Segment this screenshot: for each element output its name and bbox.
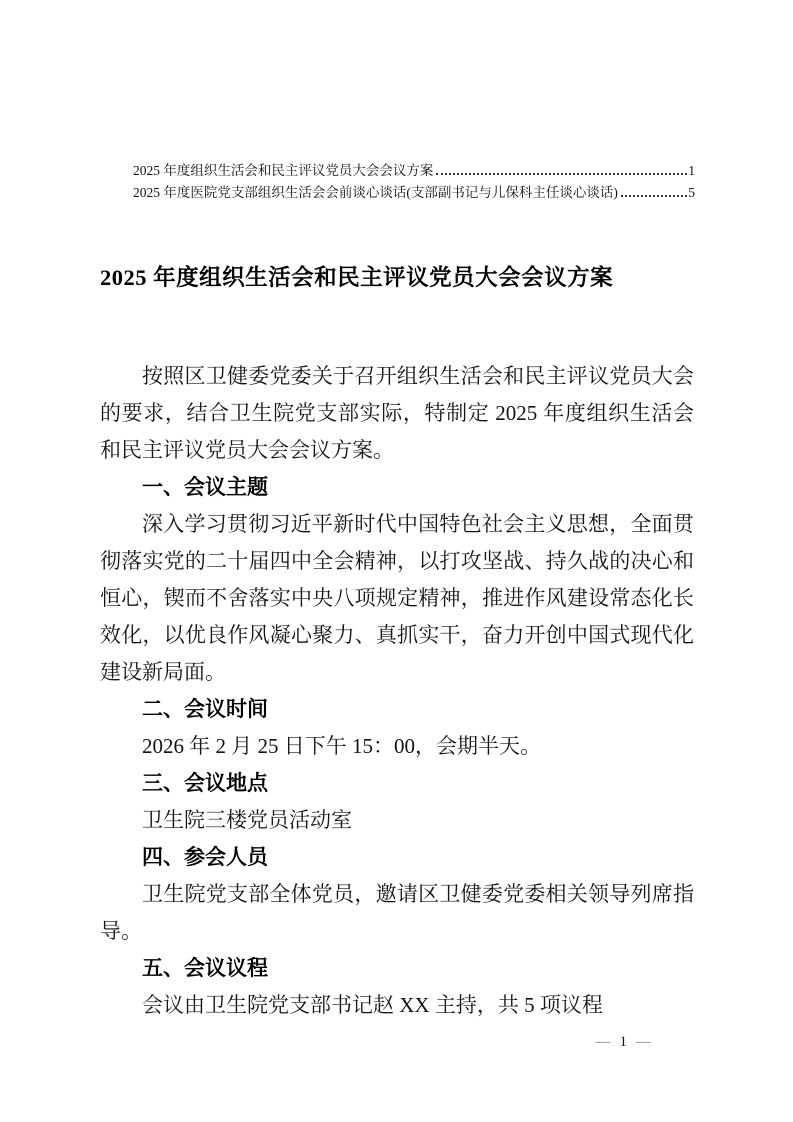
page-number: 1 [620, 1034, 628, 1050]
toc-dot-leader [436, 172, 687, 175]
toc-entry-page-number: 5 [688, 182, 695, 204]
section-heading: 四、参会人员 [100, 839, 694, 876]
section-heading: 三、会议地点 [100, 765, 694, 802]
section-heading: 五、会议议程 [100, 950, 694, 987]
document-title: 2025 年度组织生活会和民主评议党员大会会议方案 [100, 263, 695, 293]
toc-entry-page-number: 1 [688, 160, 695, 182]
toc-entry: 2025 年度医院党支部组织生活会会前谈心谈话(支部副书记与儿保科主任谈心谈话)… [133, 182, 695, 204]
body-paragraph: 深入学习贯彻习近平新时代中国特色社会主义思想，全面贯彻落实党的二十届四中全会精神… [100, 506, 694, 691]
toc-dot-leader [621, 194, 687, 197]
page-number-dash-left: — [587, 1034, 620, 1050]
document-page: 2025 年度组织生活会和民主评议党员大会会议方案12025 年度医院党支部组织… [0, 0, 793, 1122]
page-footer: —1— [587, 1031, 661, 1053]
section-heading: 一、会议主题 [100, 469, 694, 506]
body-paragraph: 卫生院三楼党员活动室 [100, 802, 694, 839]
table-of-contents: 2025 年度组织生活会和民主评议党员大会会议方案12025 年度医院党支部组织… [133, 160, 695, 204]
body-paragraph: 会议由卫生院党支部书记赵 XX 主持，共 5 项议程 [100, 987, 694, 1024]
document-body: 按照区卫健委党委关于召开组织生活会和民主评议党员大会的要求，结合卫生院党支部实际… [100, 358, 694, 1024]
toc-entry-title: 2025 年度组织生活会和民主评议党员大会会议方案 [133, 160, 433, 182]
toc-entry-title: 2025 年度医院党支部组织生活会会前谈心谈话(支部副书记与儿保科主任谈心谈话) [133, 182, 618, 204]
page-number-dash-right: — [627, 1034, 660, 1050]
toc-entry: 2025 年度组织生活会和民主评议党员大会会议方案1 [133, 160, 695, 182]
section-heading: 二、会议时间 [100, 691, 694, 728]
body-paragraph: 卫生院党支部全体党员，邀请区卫健委党委相关领导列席指导。 [100, 876, 694, 950]
body-paragraph: 2026 年 2 月 25 日下午 15：00，会期半天。 [100, 728, 694, 765]
body-paragraph: 按照区卫健委党委关于召开组织生活会和民主评议党员大会的要求，结合卫生院党支部实际… [100, 358, 694, 469]
